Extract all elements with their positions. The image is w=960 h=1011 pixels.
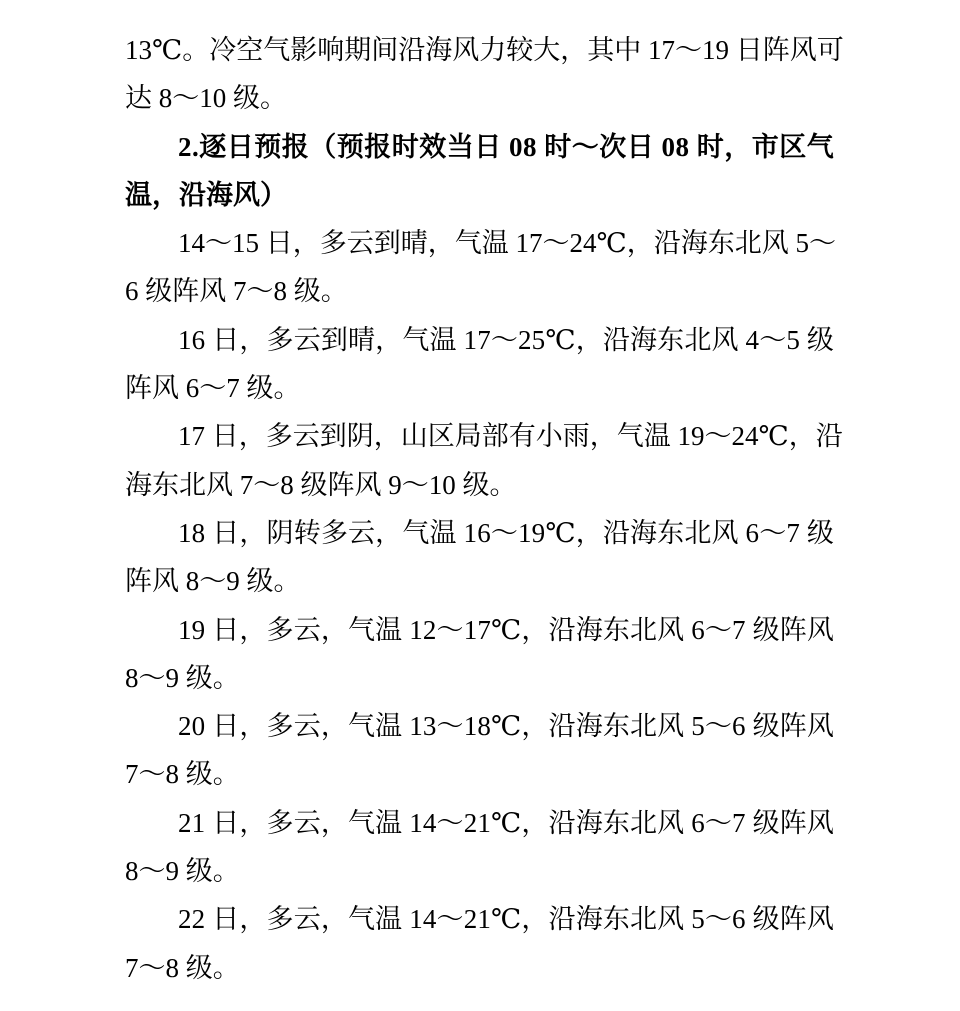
paragraph-line: 16 日，多云到晴，气温 17～25℃，沿海东北风 4～5 级 <box>125 316 834 364</box>
paragraph-line: 22 日，多云，气温 14～21℃，沿海东北风 5～6 级阵风 <box>125 895 834 943</box>
paragraph-line: 阵风 6～7 级。 <box>125 364 834 412</box>
paragraph-line: 20 日，多云，气温 13～18℃，沿海东北风 5～6 级阵风 <box>125 702 834 750</box>
paragraph-line: 8～9 级。 <box>125 847 834 895</box>
paragraph-line: 阵风 8～9 级。 <box>125 557 834 605</box>
paragraph-line: 17 日，多云到阴，山区局部有小雨，气温 19～24℃，沿 <box>125 412 834 460</box>
paragraph-line: 13℃。冷空气影响期间沿海风力较大，其中 17～19 日阵风可 <box>125 26 834 74</box>
document-page: 13℃。冷空气影响期间沿海风力较大，其中 17～19 日阵风可 达 8～10 级… <box>0 0 960 1011</box>
paragraph: 20 日，多云，气温 13～18℃，沿海东北风 5～6 级阵风 7～8 级。 <box>125 702 834 799</box>
section-heading-line: 温，沿海风） <box>125 171 834 219</box>
paragraph: 16 日，多云到晴，气温 17～25℃，沿海东北风 4～5 级 阵风 6～7 级… <box>125 316 834 413</box>
paragraph-line: 14～15 日，多云到晴，气温 17～24℃，沿海东北风 5～ <box>125 219 834 267</box>
paragraph-line: 8～9 级。 <box>125 654 834 702</box>
section-heading: 2.逐日预报（预报时效当日 08 时～次日 08 时，市区气 温，沿海风） <box>125 123 834 220</box>
paragraph-line: 7～8 级。 <box>125 944 834 992</box>
paragraph-line: 6 级阵风 7～8 级。 <box>125 267 834 315</box>
paragraph: 18 日，阴转多云，气温 16～19℃，沿海东北风 6～7 级 阵风 8～9 级… <box>125 509 834 606</box>
paragraph-line: 7～8 级。 <box>125 750 834 798</box>
paragraph-line: 19 日，多云，气温 12～17℃，沿海东北风 6～7 级阵风 <box>125 606 834 654</box>
paragraph: 13℃。冷空气影响期间沿海风力较大，其中 17～19 日阵风可 达 8～10 级… <box>125 26 834 123</box>
paragraph: 17 日，多云到阴，山区局部有小雨，气温 19～24℃，沿 海东北风 7～8 级… <box>125 412 834 509</box>
paragraph-line: 21 日，多云，气温 14～21℃，沿海东北风 6～7 级阵风 <box>125 799 834 847</box>
paragraph: 19 日，多云，气温 12～17℃，沿海东北风 6～7 级阵风 8～9 级。 <box>125 606 834 703</box>
section-heading-line: 2.逐日预报（预报时效当日 08 时～次日 08 时，市区气 <box>125 123 834 171</box>
paragraph: 21 日，多云，气温 14～21℃，沿海东北风 6～7 级阵风 8～9 级。 <box>125 799 834 896</box>
paragraph-line: 18 日，阴转多云，气温 16～19℃，沿海东北风 6～7 级 <box>125 509 834 557</box>
paragraph: 22 日，多云，气温 14～21℃，沿海东北风 5～6 级阵风 7～8 级。 <box>125 895 834 992</box>
paragraph: 14～15 日，多云到晴，气温 17～24℃，沿海东北风 5～ 6 级阵风 7～… <box>125 219 834 316</box>
paragraph-line: 达 8～10 级。 <box>125 74 834 122</box>
paragraph-line: 海东北风 7～8 级阵风 9～10 级。 <box>125 461 834 509</box>
